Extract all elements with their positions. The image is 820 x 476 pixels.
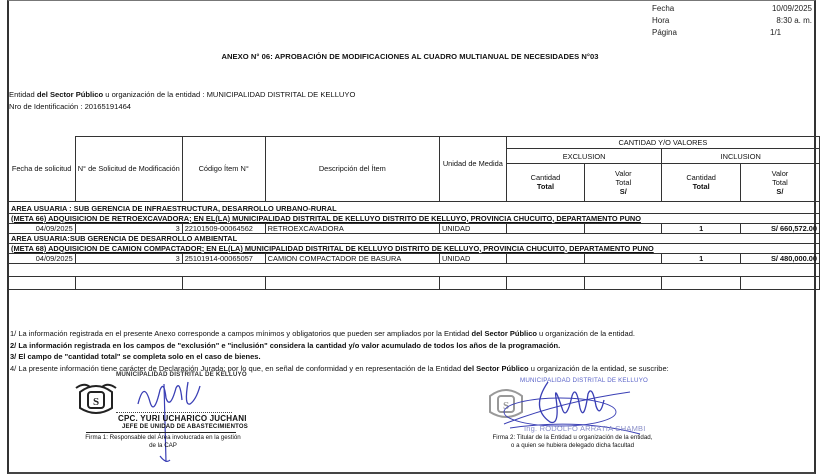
empty-cell: [182, 276, 265, 289]
notes-section: 1/ La información registrada en el prese…: [10, 328, 669, 374]
cell-inc-valor: S/ 480,000.00: [740, 253, 819, 263]
col-unidad-header: Unidad de Medida: [439, 137, 506, 202]
empty-cell: [740, 276, 819, 289]
area-usuaria: AREA USUARIA : SUB GERENCIA DE INFRAESTR…: [9, 201, 820, 213]
cell-exc-cantidad: [506, 223, 584, 233]
valor-total-label: Total: [772, 178, 788, 187]
col-descripcion-header: Descripción del Ítem: [265, 137, 439, 202]
pagina-label: Página: [652, 28, 677, 37]
spacer-row: [9, 263, 820, 276]
signature-line-1: [116, 412, 232, 413]
cell-codigo: 25101914-00065057: [182, 253, 265, 263]
table-row: 04/09/2025 3 25101914-00065057 CAMION CO…: [9, 253, 820, 263]
document-title: ANEXO N° 06: APROBACIÓN DE MODIFICACIONE…: [0, 52, 820, 61]
pagina-value: 1/1: [770, 28, 781, 37]
inclusion-header: INCLUSION: [662, 149, 820, 164]
meta-description: (META 68) ADQUISICION DE CAMION COMPACTA…: [9, 243, 820, 253]
identification-line: Nro de Identificación : 20165191464: [9, 102, 131, 111]
entity-line: Entidad del Sector Público u organizació…: [9, 90, 355, 99]
area-usuaria: AREA USUARIA:SUB GERENCIA DE DESARROLLO …: [9, 233, 820, 243]
cell-descripcion: CAMION COMPACTADOR DE BASURA: [265, 253, 439, 263]
municipal-emblem-icon: S: [74, 378, 118, 418]
meta-row: (META 68) ADQUISICION DE CAMION COMPACTA…: [9, 243, 820, 253]
cell-descripcion: RETROEXCAVADORA: [265, 223, 439, 233]
valor-label: Valor: [615, 169, 632, 178]
table-row: 04/09/2025 3 22101509-00064562 RETROEXCA…: [9, 223, 820, 233]
entity-label-bold: del Sector Público: [37, 90, 103, 99]
empty-cell: [585, 276, 662, 289]
signature-2-caption: Firma 2: Titular de la Entidad u organiz…: [490, 434, 655, 450]
caption-line-1: [86, 432, 236, 433]
note-1: 1/ La información registrada en el prese…: [10, 328, 669, 340]
note-1-post: u organización de la entidad.: [537, 329, 635, 338]
empty-cell: [439, 276, 506, 289]
hora-value: 8:30 a. m.: [744, 16, 812, 25]
cantidad-valores-header: CANTIDAD Y/O VALORES: [506, 137, 819, 149]
empty-row: [9, 276, 820, 289]
area-usuaria-row: AREA USUARIA:SUB GERENCIA DE DESARROLLO …: [9, 233, 820, 243]
cell-unidad: UNIDAD: [439, 223, 506, 233]
cell-exc-cantidad: [506, 253, 584, 263]
id-label: Nro de Identificación :: [9, 102, 85, 111]
cantidad-label: Cantidad: [531, 173, 561, 182]
cell-inc-valor: S/ 660,572.00: [740, 223, 819, 233]
moneda-label: S/: [620, 187, 627, 196]
exc-valor-header: ValorTotalS/: [585, 164, 662, 201]
signer-2-name: Ing. RODOLFO ARRATIA CHAMBI: [524, 424, 646, 433]
signer-1-role: JEFE DE UNIDAD DE ABASTECIMIENTOS: [122, 424, 248, 430]
note-4-bold: del Sector Público: [463, 364, 528, 373]
empty-cell: [506, 276, 584, 289]
note-4: 4/ La presente información tiene carácte…: [10, 363, 669, 375]
entity-name: MUNICIPALIDAD DISTRITAL DE KELLUYO: [207, 90, 356, 99]
total-label: Total: [537, 182, 554, 191]
total-label: Total: [693, 182, 710, 191]
signature-1-caption: Firma 1: Responsable del Área involucrad…: [84, 434, 242, 450]
note-3: 3/ El campo de "cantidad total" se compl…: [10, 351, 669, 363]
cantidad-label: Cantidad: [686, 173, 716, 182]
cell-unidad: UNIDAD: [439, 253, 506, 263]
valor-label: Valor: [772, 169, 789, 178]
cell-codigo: 22101509-00064562: [182, 223, 265, 233]
signer-1-name: CPC. YURI UCHARICO JUCHANI: [118, 414, 247, 423]
note-4-post: u organización de la entidad, se suscrib…: [529, 364, 669, 373]
fecha-label: Fecha: [652, 4, 674, 13]
col-fecha-header: Fecha de solicitud: [9, 137, 76, 202]
col-codigo-header: Código Ítem N°: [182, 137, 265, 202]
svg-text:S: S: [93, 396, 99, 408]
cell-fecha: 04/09/2025: [9, 253, 76, 263]
empty-cell: [265, 276, 439, 289]
note-1-text: 1/ La información registrada en el prese…: [10, 329, 472, 338]
cell-inc-cantidad: 1: [662, 253, 740, 263]
cell-nro: 3: [75, 223, 182, 233]
cell-fecha: 04/09/2025: [9, 223, 76, 233]
id-value: 20165191464: [85, 102, 131, 111]
exc-cantidad-header: CantidadTotal: [506, 164, 584, 201]
hora-label: Hora: [652, 16, 669, 25]
valor-total-label: Total: [615, 178, 631, 187]
fecha-value: 10/09/2025: [744, 4, 812, 13]
area-usuaria-row: AREA USUARIA : SUB GERENCIA DE INFRAESTR…: [9, 201, 820, 213]
empty-cell: [662, 276, 740, 289]
inc-cantidad-header: CantidadTotal: [662, 164, 740, 201]
moneda-label: S/: [776, 187, 783, 196]
note-2: 2/ La información registrada en los camp…: [10, 340, 669, 352]
empty-cell: [75, 276, 182, 289]
entity-label-post: u organización de la entidad :: [103, 90, 206, 99]
modifications-table: Fecha de solicitud N° de Solicitud de Mo…: [8, 136, 820, 290]
header-row-1: Fecha de solicitud N° de Solicitud de Mo…: [9, 137, 820, 149]
meta-row: (META 66) ADQUISICION DE RETROEXCAVADORA…: [9, 213, 820, 223]
cell-exc-valor: [585, 253, 662, 263]
cell-nro: 3: [75, 253, 182, 263]
cell-exc-valor: [585, 223, 662, 233]
inc-valor-header: ValorTotalS/: [740, 164, 819, 201]
entity-label: Entidad: [9, 90, 37, 99]
meta-description: (META 66) ADQUISICION DE RETROEXCAVADORA…: [9, 213, 820, 223]
note-1-bold: del Sector Público: [472, 329, 537, 338]
exclusion-header: EXCLUSION: [506, 149, 662, 164]
col-nro-header: N° de Solicitud de Modificación: [75, 137, 182, 202]
empty-cell: [9, 276, 76, 289]
spacer-cell: [9, 263, 820, 276]
cell-inc-cantidad: 1: [662, 223, 740, 233]
